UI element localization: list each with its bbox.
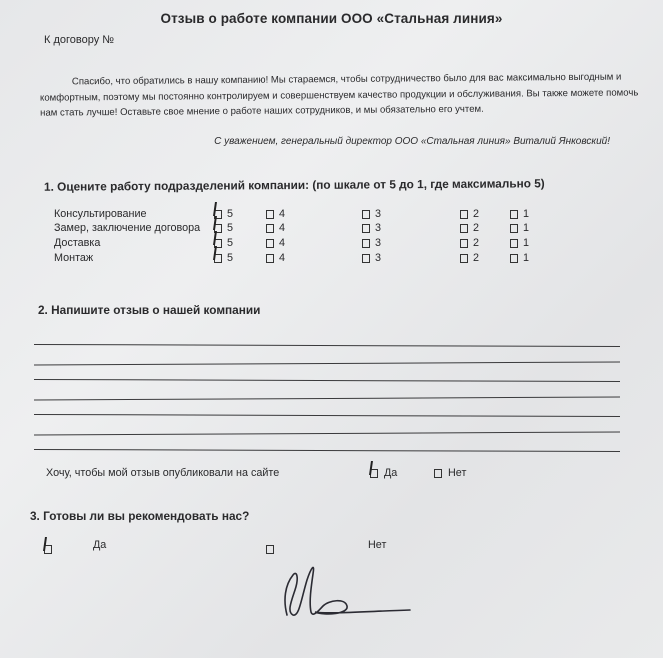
rating-checkbox[interactable] <box>460 239 468 248</box>
rating-row: Доставка54321 <box>54 237 614 251</box>
rating-option-4[interactable]: 4 <box>266 237 285 249</box>
rating-row: Консультирование54321 <box>54 208 614 222</box>
rating-checkbox[interactable] <box>362 210 370 219</box>
rating-value-label: 5 <box>227 208 233 220</box>
rating-option-2[interactable]: 2 <box>460 252 479 264</box>
publish-consent-label: Хочу, чтобы мой отзыв опубликовали на са… <box>46 467 279 479</box>
rating-checkbox[interactable] <box>460 224 468 233</box>
question-3-title: 3. Готовы ли вы рекомендовать нас? <box>30 509 249 523</box>
rating-option-1[interactable]: 1 <box>510 222 529 234</box>
rating-option-3[interactable]: 3 <box>362 222 381 234</box>
rating-row-label: Замер, заключение договора <box>54 222 200 234</box>
rating-option-2[interactable]: 2 <box>460 237 479 249</box>
rating-option-3[interactable]: 3 <box>362 237 381 249</box>
rating-value-label: 1 <box>523 208 529 220</box>
rating-checkbox[interactable] <box>460 254 468 263</box>
answer-line[interactable] <box>34 396 620 400</box>
rating-checkbox[interactable] <box>266 224 274 233</box>
rating-option-4[interactable]: 4 <box>266 208 285 220</box>
document-title: Отзыв о работе компании ООО «Стальная ли… <box>0 11 663 26</box>
answer-line[interactable] <box>34 449 620 452</box>
rating-checkbox[interactable] <box>460 210 468 219</box>
rating-option-4[interactable]: 4 <box>266 252 285 264</box>
rating-value-label: 5 <box>227 222 233 234</box>
rating-checkbox[interactable] <box>510 210 518 219</box>
rating-value-label: 4 <box>279 208 285 220</box>
rating-value-label: 4 <box>279 222 285 234</box>
director-greeting: С уважением, генеральный директор ООО «С… <box>140 136 610 147</box>
rating-option-4[interactable]: 4 <box>266 222 285 234</box>
rating-value-label: 1 <box>523 252 529 264</box>
rating-checkbox[interactable] <box>510 224 518 233</box>
rating-option-2[interactable]: 2 <box>460 208 479 220</box>
rating-value-label: 2 <box>473 252 479 264</box>
recommend-yes-checkbox[interactable] <box>44 545 52 554</box>
rating-value-label: 5 <box>227 237 233 249</box>
intro-paragraph: Спасибо, что обратились в нашу компанию!… <box>40 69 648 121</box>
contract-number-label: К договору № <box>44 34 114 46</box>
rating-row: Замер, заключение договора54321 <box>54 222 614 236</box>
publish-yes-option[interactable]: Да <box>370 467 397 479</box>
publish-no-label: Нет <box>448 467 466 479</box>
rating-option-3[interactable]: 3 <box>362 252 381 264</box>
answer-line[interactable] <box>34 379 620 382</box>
rating-value-label: 1 <box>523 237 529 249</box>
signature-icon <box>265 560 415 630</box>
publish-yes-label: Да <box>384 467 397 479</box>
rating-value-label: 5 <box>227 252 233 264</box>
rating-checkbox[interactable] <box>362 239 370 248</box>
publish-no-option[interactable]: Нет <box>434 467 466 479</box>
answer-line[interactable] <box>34 414 620 417</box>
question-1-title: 1. Оцените работу подразделений компании… <box>44 176 545 193</box>
rating-checkbox[interactable] <box>362 254 370 263</box>
rating-option-1[interactable]: 1 <box>510 208 529 220</box>
answer-line[interactable] <box>34 431 620 435</box>
rating-checkbox[interactable] <box>214 254 222 263</box>
rating-option-3[interactable]: 3 <box>362 208 381 220</box>
rating-row: Монтаж54321 <box>54 252 614 266</box>
recommend-no-label: Нет <box>368 539 386 551</box>
rating-value-label: 2 <box>473 237 479 249</box>
rating-checkbox[interactable] <box>266 239 274 248</box>
recommend-no-option[interactable] <box>266 541 274 559</box>
rating-option-1[interactable]: 1 <box>510 252 529 264</box>
rating-checkbox[interactable] <box>362 224 370 233</box>
question-2-title: 2. Напишите отзыв о нашей компании <box>38 303 260 317</box>
rating-row-label: Доставка <box>54 237 100 249</box>
rating-option-5[interactable]: 5 <box>214 252 233 264</box>
rating-value-label: 3 <box>375 237 381 249</box>
rating-checkbox[interactable] <box>266 254 274 263</box>
publish-no-checkbox[interactable] <box>434 469 442 478</box>
rating-value-label: 3 <box>375 208 381 220</box>
rating-checkbox[interactable] <box>510 239 518 248</box>
rating-row-label: Монтаж <box>54 252 93 264</box>
rating-option-2[interactable]: 2 <box>460 222 479 234</box>
rating-option-1[interactable]: 1 <box>510 237 529 249</box>
rating-value-label: 3 <box>375 222 381 234</box>
rating-row-label: Консультирование <box>54 208 147 220</box>
recommend-no-checkbox[interactable] <box>266 545 274 554</box>
rating-value-label: 2 <box>473 222 479 234</box>
rating-value-label: 1 <box>523 222 529 234</box>
rating-value-label: 3 <box>375 252 381 264</box>
rating-value-label: 4 <box>279 252 285 264</box>
recommend-yes-label: Да <box>93 539 106 551</box>
recommend-yes-option[interactable] <box>44 541 52 559</box>
rating-checkbox[interactable] <box>510 254 518 263</box>
rating-value-label: 2 <box>473 208 479 220</box>
publish-yes-checkbox[interactable] <box>370 469 378 478</box>
answer-line[interactable] <box>34 361 620 365</box>
rating-checkbox[interactable] <box>266 210 274 219</box>
answer-line[interactable] <box>34 344 620 347</box>
rating-value-label: 4 <box>279 237 285 249</box>
